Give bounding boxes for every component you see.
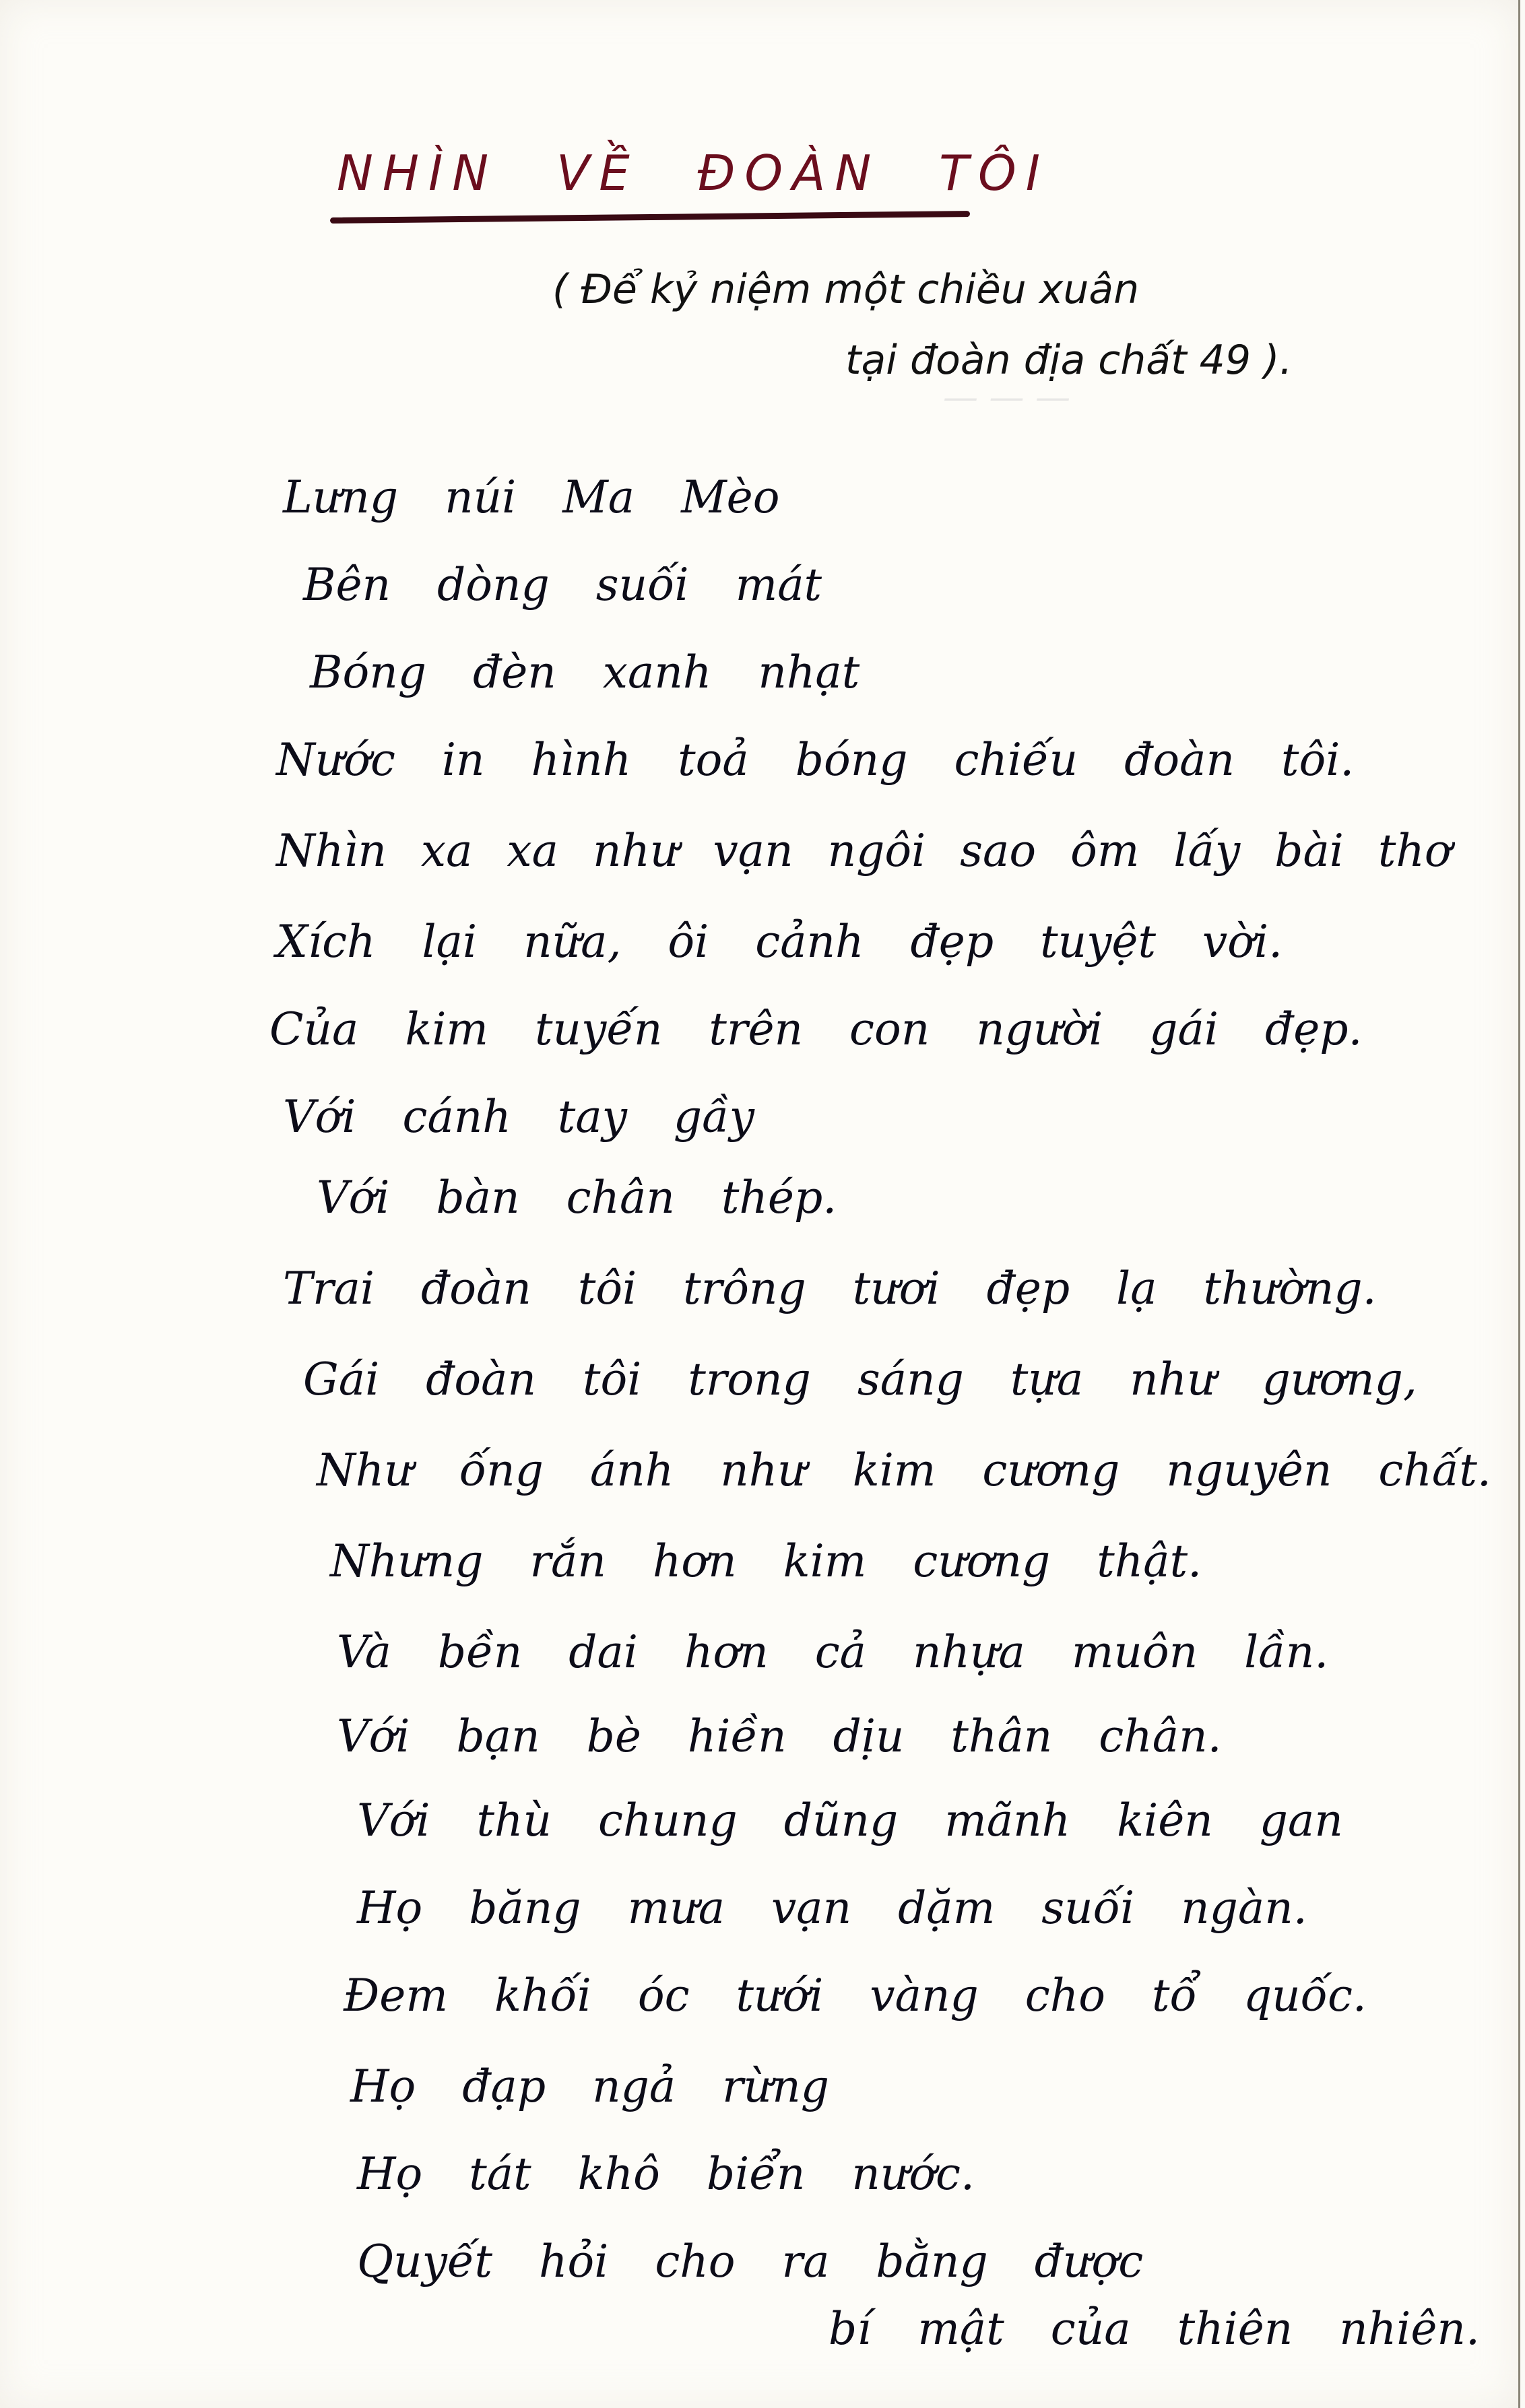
notebook-page: — — — NHÌN VỀ ĐOÀN TÔI ( Để kỷ niệm một … bbox=[0, 0, 1520, 2408]
title-underline bbox=[330, 211, 970, 224]
poem-line: Họ băng mưa vạn dặm suối ngàn. bbox=[357, 1882, 1307, 1934]
poem-line: Với cánh tay gầy bbox=[283, 1091, 754, 1143]
poem-line: Trai đoàn tôi trông tươi đẹp lạ thường. bbox=[283, 1263, 1377, 1314]
poem-line: Bóng đèn xanh nhạt bbox=[310, 646, 859, 698]
dedication-line-1: ( Để kỷ niệm một chiều xuân bbox=[552, 266, 1139, 313]
dedication-line-2: tại đoàn địa chất 49 ). bbox=[845, 337, 1293, 384]
poem-line: Của kim tuyến trên con người gái đẹp. bbox=[269, 1003, 1363, 1055]
poem-line: Đem khối óc tưới vàng cho tổ quốc. bbox=[344, 1970, 1367, 2021]
poem-line: Quyết hỏi cho ra bằng được bbox=[357, 2236, 1143, 2287]
poem-title: NHÌN VỀ ĐOÀN TÔI bbox=[337, 145, 1049, 201]
poem-line: Xích lại nữa, ôi cảnh đẹp tuyệt vời. bbox=[276, 916, 1283, 968]
poem-line: Gái đoàn tôi trong sáng tựa như gương, bbox=[303, 1353, 1417, 1405]
poem-line: Họ tát khô biển nước. bbox=[357, 2148, 975, 2200]
poem-line: Với bạn bè hiền dịu thân chân. bbox=[337, 1710, 1222, 1762]
poem-line: Họ đạp ngả rừng bbox=[350, 2061, 829, 2112]
poem-line: Với bàn chân thép. bbox=[317, 1172, 837, 1224]
poem-line: bí mật của thiên nhiên. bbox=[829, 2303, 1480, 2355]
poem-line: Bên dòng suối mát bbox=[303, 559, 822, 611]
poem-line: Và bền dai hơn cả nhựa muôn lần. bbox=[337, 1626, 1328, 1678]
poem-line: Nước in hình toả bóng chiếu đoàn tôi. bbox=[276, 734, 1354, 786]
poem-line: Lưng núi Ma Mèo bbox=[283, 471, 779, 523]
poem-line: Như ống ánh như kim cương nguyên chất. bbox=[317, 1444, 1491, 1496]
poem-line: Với thù chung dũng mãnh kiên gan bbox=[357, 1795, 1343, 1846]
poem-line: Nhưng rắn hơn kim cương thật. bbox=[330, 1535, 1202, 1587]
poem-line: Nhìn xa xa như vạn ngôi sao ôm lấy bài t… bbox=[276, 825, 1452, 877]
